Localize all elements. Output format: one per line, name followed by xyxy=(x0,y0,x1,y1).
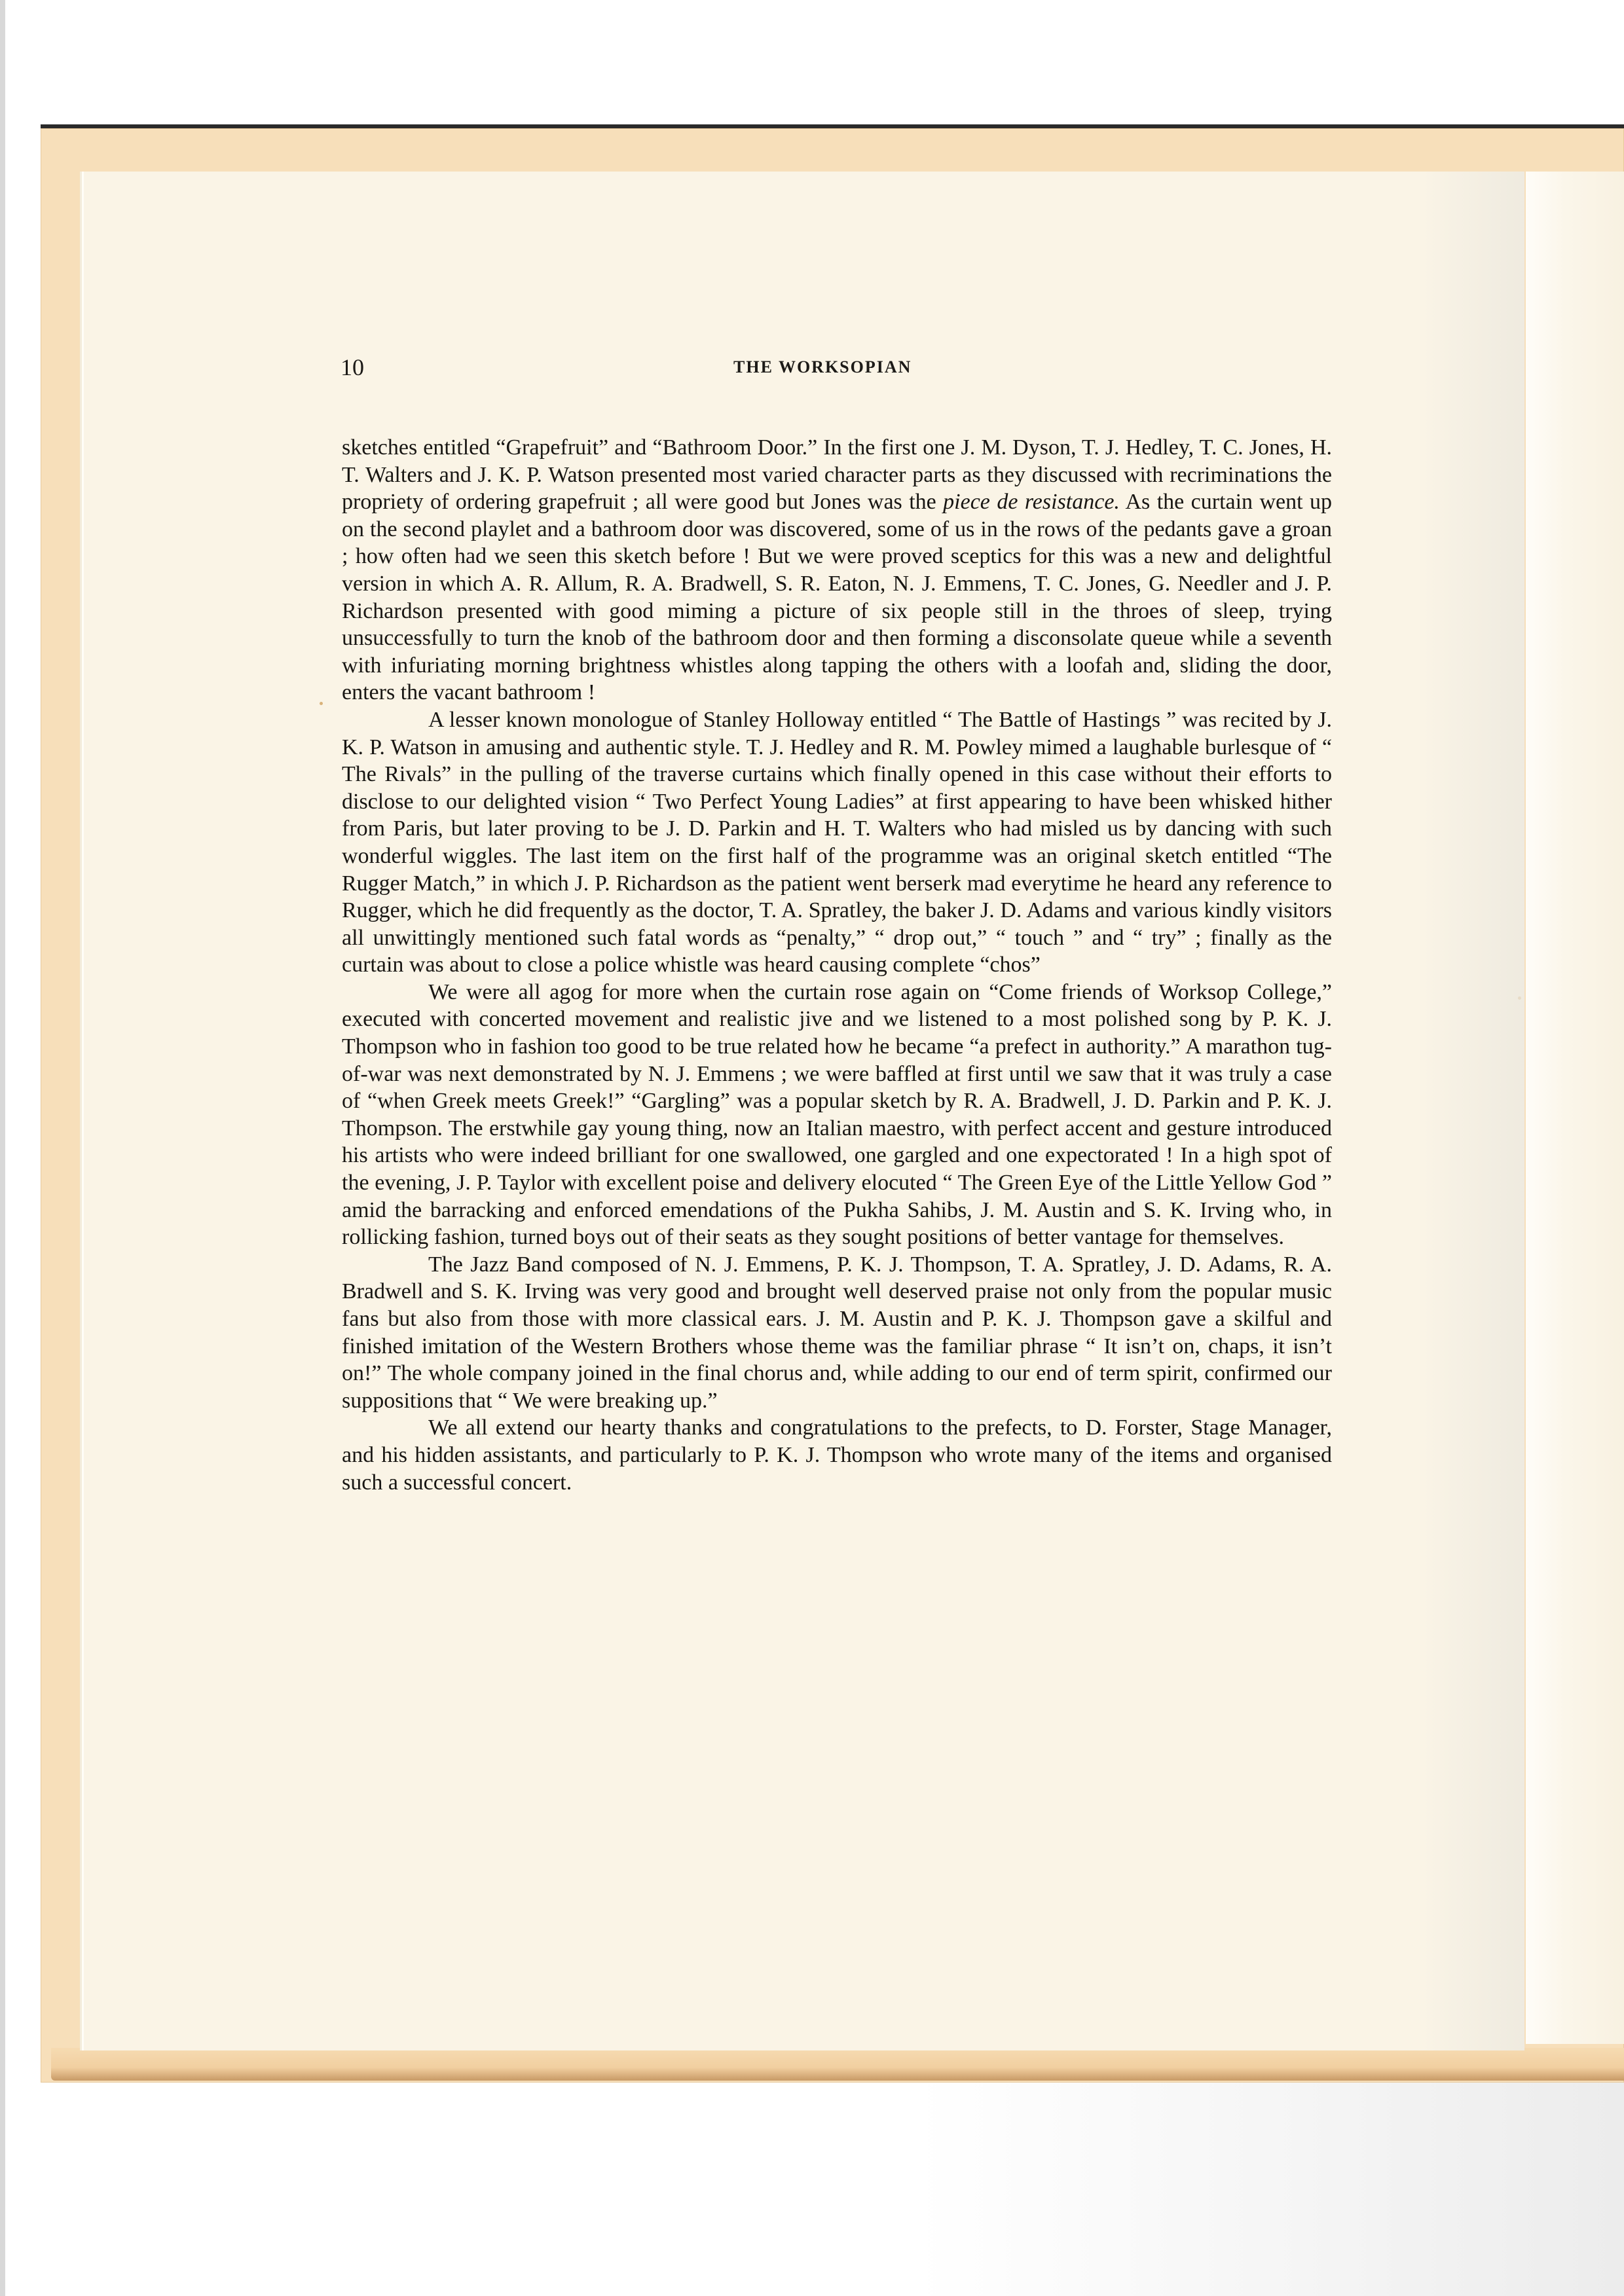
paragraph-3: We were all agog for more when the curta… xyxy=(342,979,1332,1251)
running-head: 10 THE WORKSOPIAN xyxy=(341,354,1336,380)
paragraph-2: A lesser known monologue of Stanley Holl… xyxy=(342,706,1332,979)
paper-speck xyxy=(1518,996,1521,1000)
paragraph-5: We all extend our hearty thanks and cong… xyxy=(342,1414,1332,1496)
page-number: 10 xyxy=(341,354,364,381)
booklet-cover-bottom-edge xyxy=(51,2048,1624,2081)
journal-title: THE WORKSOPIAN xyxy=(733,357,912,377)
paper-speck xyxy=(320,702,323,705)
paragraph-1: sketches entitled “Grapefruit” and “Bath… xyxy=(342,434,1332,706)
italic-phrase: piece de resistance. xyxy=(943,490,1120,514)
paragraph-1-text-b: As the curtain went up on the second pla… xyxy=(342,490,1332,704)
article-body: sketches entitled “Grapefruit” and “Bath… xyxy=(342,434,1332,1496)
facing-page xyxy=(1526,172,1624,2044)
scanner-background xyxy=(917,2062,1624,2296)
scanner-edge xyxy=(0,0,5,2296)
paragraph-4: The Jazz Band composed of N. J. Emmens, … xyxy=(342,1251,1332,1415)
